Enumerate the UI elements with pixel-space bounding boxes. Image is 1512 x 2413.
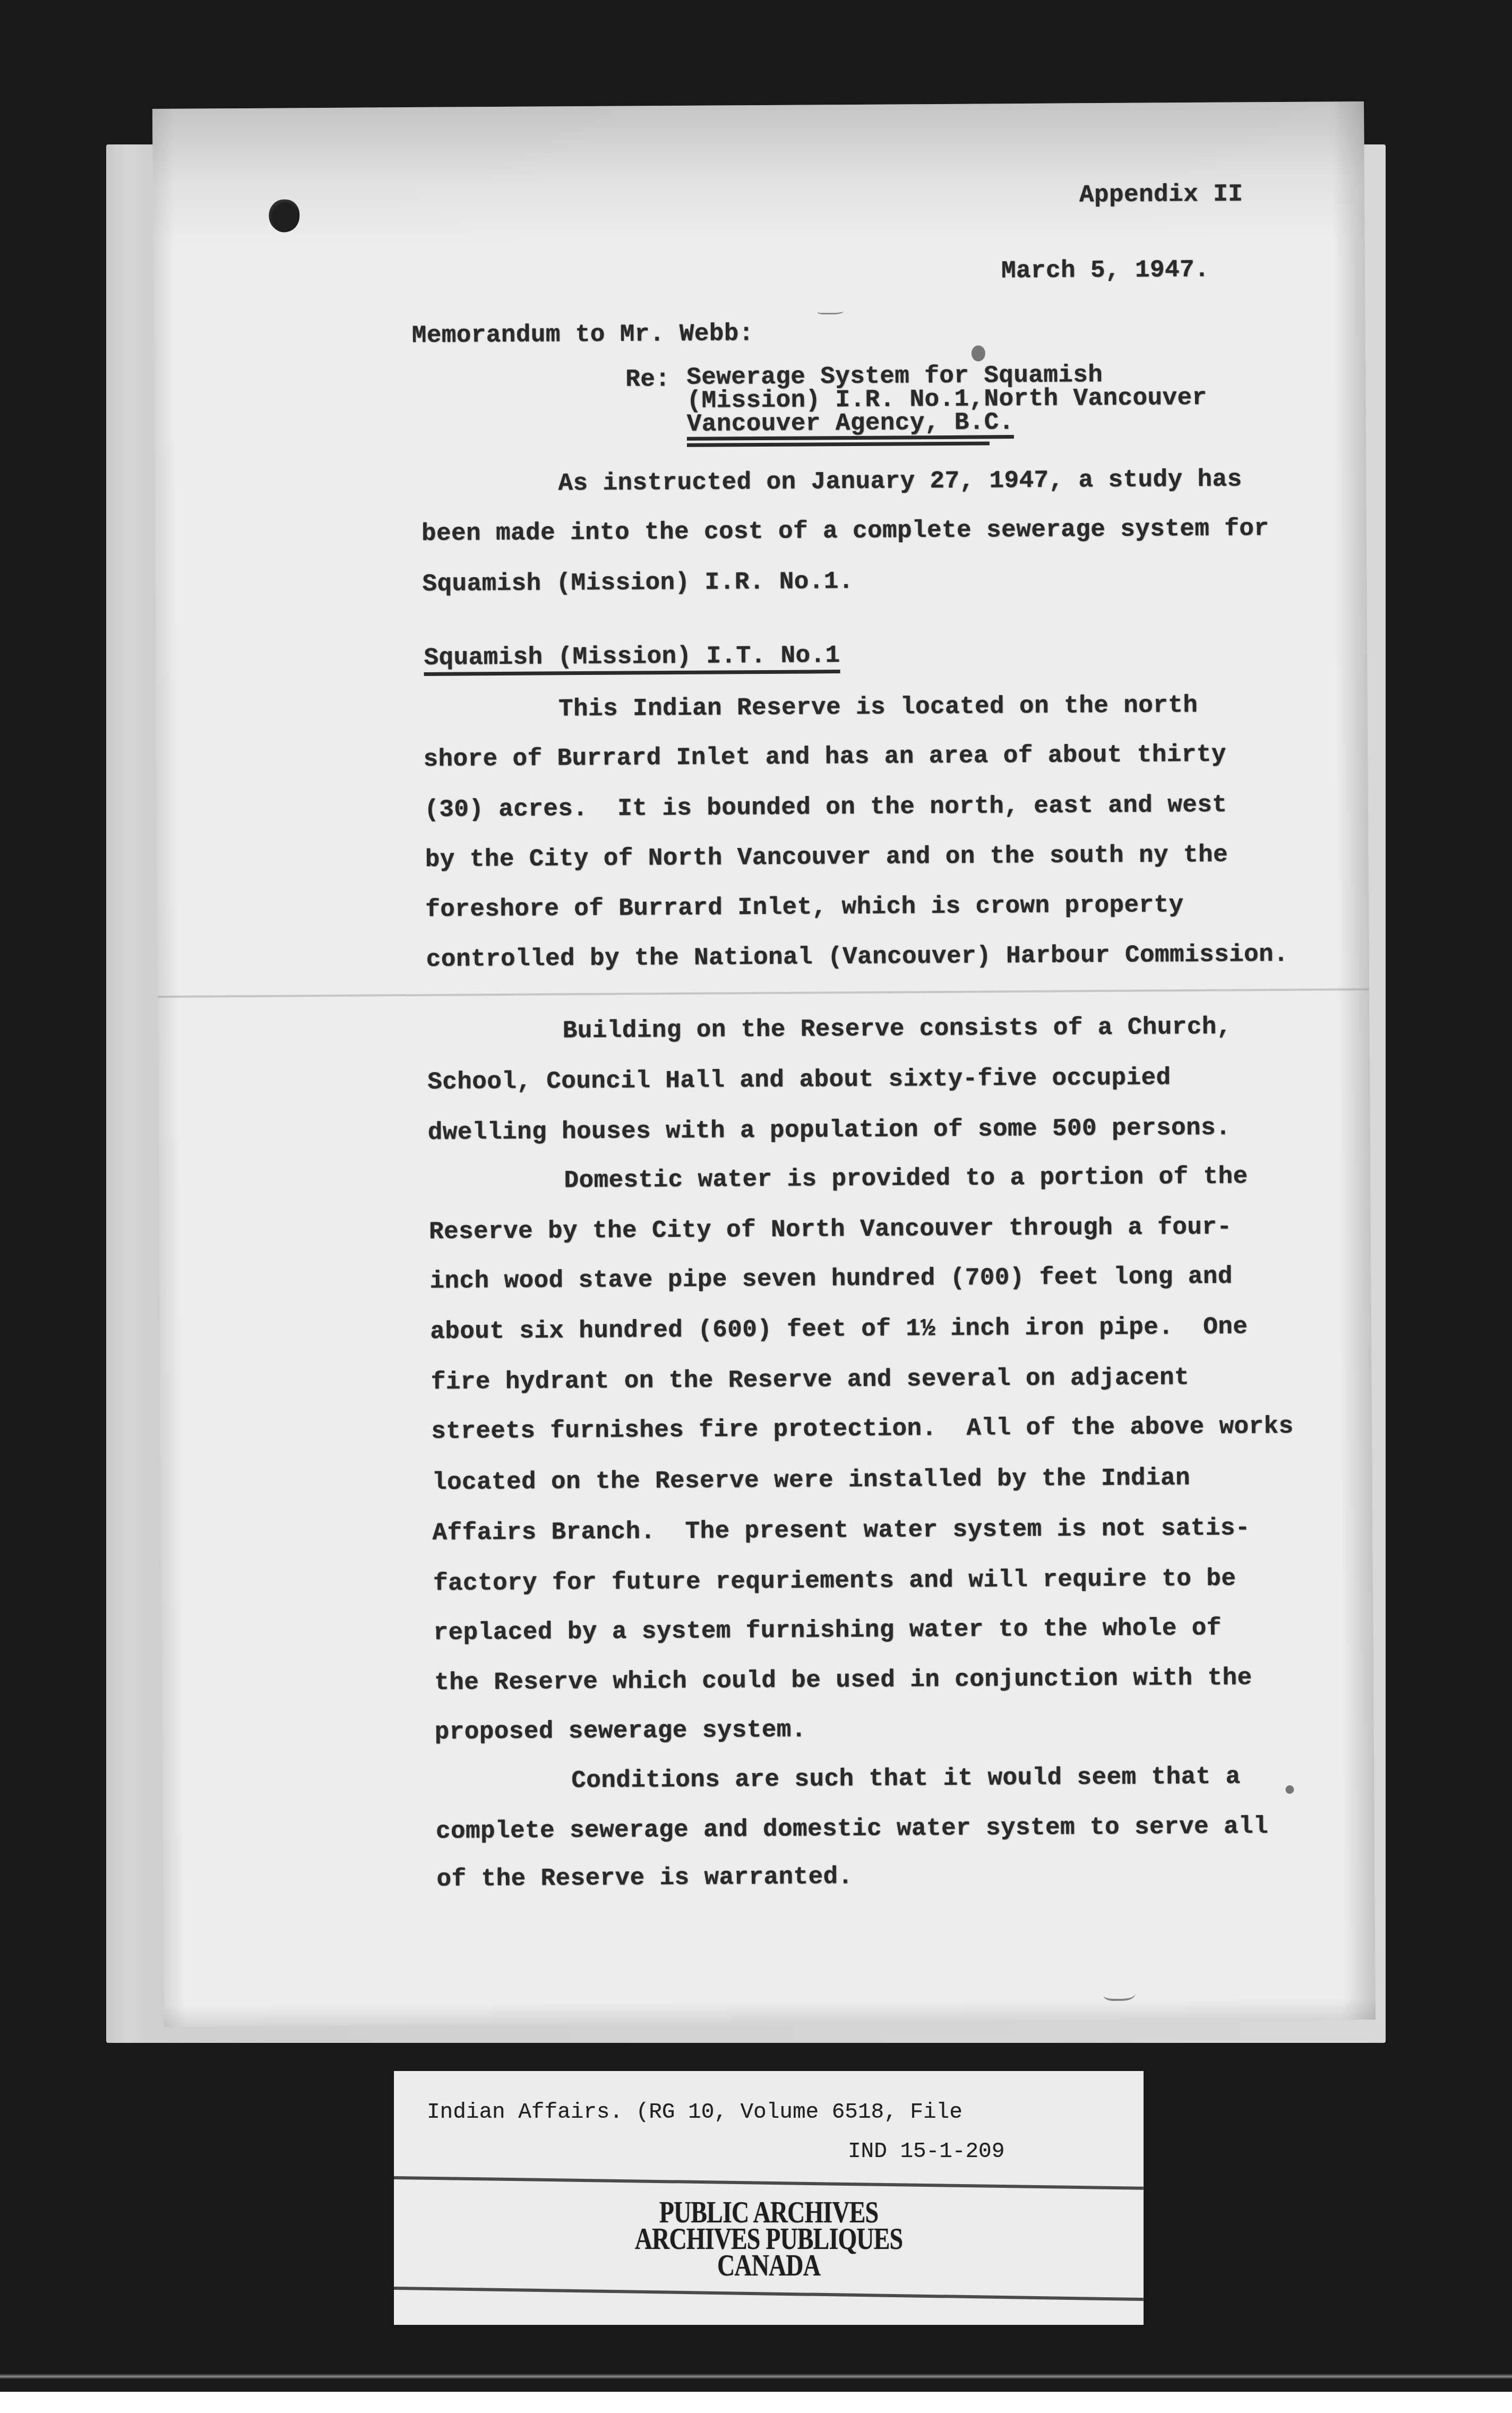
paragraph-line: shore of Burrard Inlet and has an area o… [423, 741, 1226, 773]
subject-prefix: Re: [625, 366, 670, 393]
paragraph-line: replaced by a system furnishing water to… [433, 1615, 1222, 1646]
paragraph-line: As instructed on January 27, 1947, a stu… [558, 466, 1242, 497]
paragraph-line: (30) acres. It is bounded on the north, … [424, 792, 1227, 823]
archive-file-number: IND 15-1-209 [848, 2140, 1004, 2163]
paragraph-line: about six hundred (600) feet of 1½ inch … [430, 1313, 1248, 1345]
ink-speck-mark [1285, 1785, 1294, 1794]
section-heading: Squamish (Mission) I.T. No.1 [424, 642, 840, 676]
film-edge-line [0, 2374, 1512, 2379]
paragraph-line: Building on the Reserve consists of a Ch… [562, 1014, 1231, 1045]
paragraph-line: Domestic water is provided to a portion … [564, 1163, 1248, 1194]
paragraph-line: of the Reserve is warranted. [436, 1863, 853, 1893]
paragraph-line: Affairs Branch. The present water system… [432, 1514, 1250, 1546]
paragraph-line: Reserve by the City of North Vancouver t… [429, 1214, 1232, 1245]
ink-blot-mark [972, 345, 985, 361]
fold-line [158, 988, 1369, 998]
memorandum-page: Appendix II March 5, 1947. Memorandum to… [152, 101, 1376, 2027]
paragraph-line: by the City of North Vancouver and on th… [425, 842, 1228, 873]
pencil-mark [817, 306, 844, 314]
paragraph-line: This Indian Reserve is located on the no… [559, 692, 1198, 722]
paragraph-line: Squamish (Mission) I.R. No.1. [422, 568, 853, 597]
archive-reference-line: Indian Affairs. (RG 10, Volume 6518, Fil… [427, 2101, 963, 2124]
paragraph-line: the Reserve which could be used in conju… [434, 1664, 1252, 1696]
label-band-line [394, 2287, 1144, 2301]
paragraph-line: foreshore of Burrard Inlet, which is cro… [425, 892, 1184, 923]
paragraph-line: Conditions are such that it would seem t… [571, 1764, 1240, 1794]
label-band-line [394, 2176, 1144, 2190]
paragraph-line: been made into the cost of a complete se… [422, 515, 1269, 547]
film-margin [0, 2392, 1512, 2413]
archive-stamp-line: ARCHIVES PUBLIQUES [461, 2226, 1076, 2253]
paragraph-line: proposed sewerage system. [435, 1717, 806, 1745]
paragraph-line: complete sewerage and domestic water sys… [436, 1813, 1269, 1845]
paragraph-line: School, Council Hall and about sixty-fiv… [427, 1064, 1171, 1096]
pencil-mark [1104, 1983, 1136, 2001]
paragraph-line: factory for future requriements and will… [433, 1565, 1236, 1597]
hole-punch-mark [269, 199, 299, 232]
paragraph-line: dwelling houses with a population of som… [428, 1115, 1231, 1146]
subject-line: Vancouver Agency, B.C. [687, 410, 1014, 441]
paragraph-line: inch wood stave pipe seven hundred (700)… [429, 1263, 1233, 1295]
paragraph-line: fire hydrant on the Reserve and several … [431, 1364, 1190, 1396]
paragraph-line: controlled by the National (Vancouver) H… [426, 941, 1289, 973]
archive-stamp-line: CANADA [461, 2253, 1076, 2279]
archive-stamp-line: PUBLIC ARCHIVES [461, 2200, 1076, 2226]
appendix-label: Appendix II [1079, 181, 1243, 208]
paragraph-line: streets furnishes fire protection. All o… [431, 1413, 1294, 1445]
subject-block: Sewerage System for Squamish(Mission) I.… [686, 363, 1207, 441]
memo-date: March 5, 1947. [1001, 256, 1209, 284]
subject-underline [687, 441, 990, 447]
archive-label: Indian Affairs. (RG 10, Volume 6518, Fil… [394, 2071, 1144, 2325]
paragraph-line: located on the Reserve were installed by… [432, 1465, 1191, 1496]
memo-recipient: Memorandum to Mr. Webb: [411, 320, 753, 349]
